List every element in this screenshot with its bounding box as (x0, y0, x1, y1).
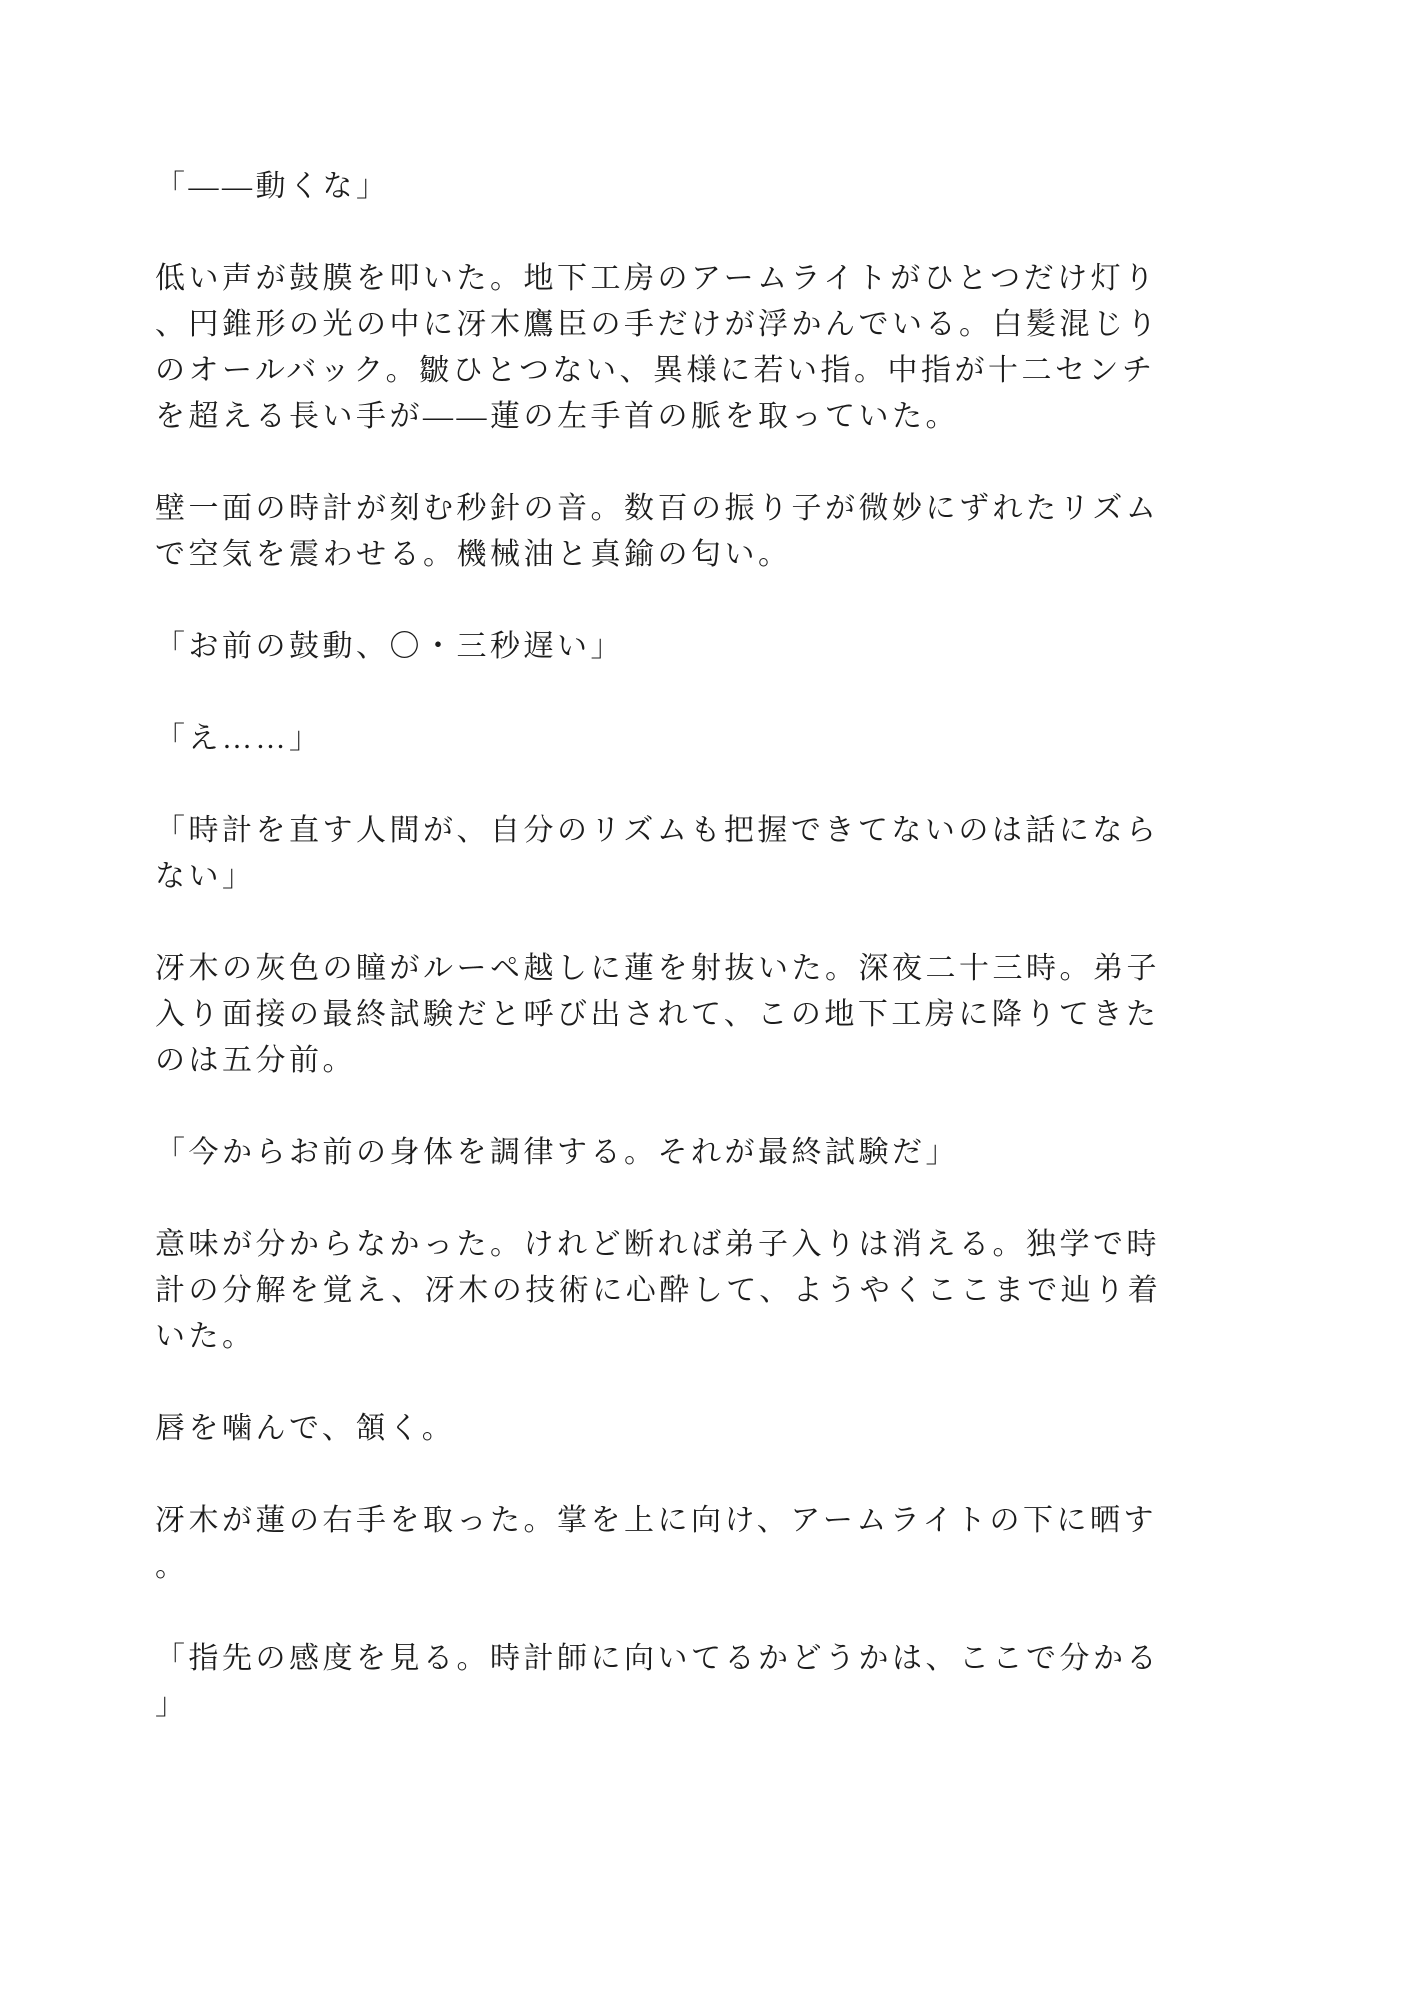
paragraph: 意味が分からなかった。けれど断れば弟子入りは消える。独学で時 計の分解を覚え、冴… (155, 1222, 1215, 1360)
text-line: 意味が分からなかった。けれど断れば弟子入りは消える。独学で時 (155, 1222, 1215, 1268)
text-line: 「今からお前の身体を調律する。それが最終試験だ」 (155, 1130, 1215, 1176)
paragraph: 「お前の鼓動、〇・三秒遅い」 (155, 624, 1215, 670)
text-line: 「お前の鼓動、〇・三秒遅い」 (155, 624, 1215, 670)
paragraph: 「今からお前の身体を調律する。それが最終試験だ」 (155, 1130, 1215, 1176)
paragraph: 冴木が蓮の右手を取った。掌を上に向け、アームライトの下に晒す 。 (155, 1498, 1215, 1590)
text-line: で空気を震わせる。機械油と真鍮の匂い。 (155, 532, 1215, 578)
text-line: のオールバック。皺ひとつない、異様に若い指。中指が十二センチ (155, 348, 1215, 394)
paragraph: 「――動くな」 (155, 164, 1215, 210)
text-line: 「時計を直す人間が、自分のリズムも把握できてないのは話になら (155, 808, 1215, 854)
text-line: 唇を噛んで、頷く。 (155, 1406, 1215, 1452)
paragraph: 壁一面の時計が刻む秒針の音。数百の振り子が微妙にずれたリズム で空気を震わせる。… (155, 486, 1215, 578)
paragraph: 低い声が鼓膜を叩いた。地下工房のアームライトがひとつだけ灯り 、円錐形の光の中に… (155, 256, 1215, 440)
text-line: 壁一面の時計が刻む秒針の音。数百の振り子が微妙にずれたリズム (155, 486, 1215, 532)
text-line: 冴木が蓮の右手を取った。掌を上に向け、アームライトの下に晒す (155, 1498, 1215, 1544)
text-line: 入り面接の最終試験だと呼び出されて、この地下工房に降りてきた (155, 992, 1215, 1038)
text-line: 、円錐形の光の中に冴木鷹臣の手だけが浮かんでいる。白髪混じり (155, 302, 1215, 348)
text-line: 。 (155, 1544, 1215, 1590)
paragraph: 「時計を直す人間が、自分のリズムも把握できてないのは話になら ない」 (155, 808, 1215, 900)
paragraph: 「指先の感度を見る。時計師に向いてるかどうかは、ここで分かる 」 (155, 1636, 1215, 1728)
text-line: ない」 (155, 854, 1215, 900)
text-line: を超える長い手が――蓮の左手首の脈を取っていた。 (155, 394, 1215, 440)
text-line: 冴木の灰色の瞳がルーペ越しに蓮を射抜いた。深夜二十三時。弟子 (155, 946, 1215, 992)
text-line: 「――動くな」 (155, 164, 1215, 210)
text-line: のは五分前。 (155, 1038, 1215, 1084)
text-line: 「え……」 (155, 716, 1215, 762)
paragraph: 「え……」 (155, 716, 1215, 762)
text-line: いた。 (155, 1314, 1215, 1360)
text-line: 「指先の感度を見る。時計師に向いてるかどうかは、ここで分かる (155, 1636, 1215, 1682)
text-line: 」 (155, 1682, 1215, 1728)
paragraph: 冴木の灰色の瞳がルーペ越しに蓮を射抜いた。深夜二十三時。弟子 入り面接の最終試験… (155, 946, 1215, 1084)
text-line: 計の分解を覚え、冴木の技術に心酔して、ようやくここまで辿り着 (155, 1268, 1215, 1314)
text-line: 低い声が鼓膜を叩いた。地下工房のアームライトがひとつだけ灯り (155, 256, 1215, 302)
paragraph: 唇を噛んで、頷く。 (155, 1406, 1215, 1452)
document-page: 「――動くな」 低い声が鼓膜を叩いた。地下工房のアームライトがひとつだけ灯り 、… (0, 0, 1415, 2000)
